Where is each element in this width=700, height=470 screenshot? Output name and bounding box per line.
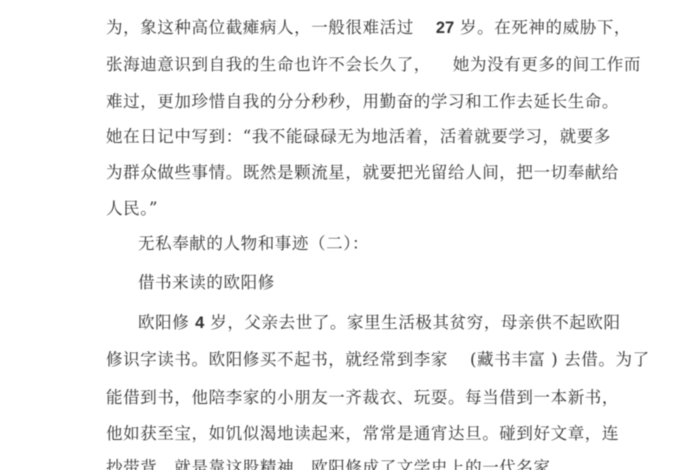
text-line: 能借到书，他陪李家的小朋友一齐裁衣、玩耍。每当借到一本新书， — [106, 388, 619, 408]
text-segment: 她为没有更多的间工作而 — [453, 55, 641, 74]
text-line: 为，象这种高位截瘫病人，一般很难活过27 岁。在死神的威胁下， — [106, 18, 631, 38]
story-title: 借书来读的欧阳修 — [138, 273, 275, 293]
text-segment: 修识字读书。欧阳修买不起书，就经常到李家 — [106, 350, 448, 369]
text-line: 他如获至宝，如饥似渴地读起来，常常是通宵达旦。碰到好文章，连 — [106, 424, 619, 444]
text-segment: (藏书丰富 ) 去借。为了 — [470, 350, 650, 369]
text-line: 为群众做些事情。既然是颗流星，就要把光留给人间，把一切奉献给 — [106, 163, 619, 183]
text-segment: 欧阳修 — [138, 313, 189, 332]
age-number: 27 — [436, 19, 454, 37]
text-segment: 岁。在死神的威胁下， — [460, 18, 631, 37]
document-page: 为，象这种高位截瘫病人，一般很难活过27 岁。在死神的威胁下， 张海迪意识到自我… — [0, 0, 700, 470]
text-line: 难过，更加珍惜自我的分分秒秒，用勤奋的学习和工作去延长生命。 — [106, 92, 619, 112]
text-segment: 岁，父亲去世了。家里生活极其贫穷，母亲供不起欧阳 — [210, 313, 620, 332]
text-line: 张海迪意识到自我的生命也许不会长久了，她为没有更多的间工作而 — [106, 55, 641, 75]
text-line-clipped: 抄带背，就是靠这股精神，欧阳修成了文学史上的一代名家 — [106, 458, 551, 470]
text-line: 她在日记中写到：“我不能碌碌无为地活着，活着就要学习，就要多 — [106, 127, 611, 147]
text-segment: 张海迪意识到自我的生命也许不会长久了， — [106, 55, 431, 74]
text-segment: 为，象这种高位截瘫病人，一般很难活过 — [106, 18, 414, 37]
text-line: 修识字读书。欧阳修买不起书，就经常到李家(藏书丰富 ) 去借。为了 — [106, 350, 650, 370]
section-heading: 无私奉献的人物和事迹（二）： — [138, 234, 369, 254]
text-line: 欧阳修 4 岁，父亲去世了。家里生活极其贫穷，母亲供不起欧阳 — [138, 313, 621, 333]
age-number: 4 — [195, 314, 204, 332]
text-line: 人民。” — [106, 199, 158, 219]
